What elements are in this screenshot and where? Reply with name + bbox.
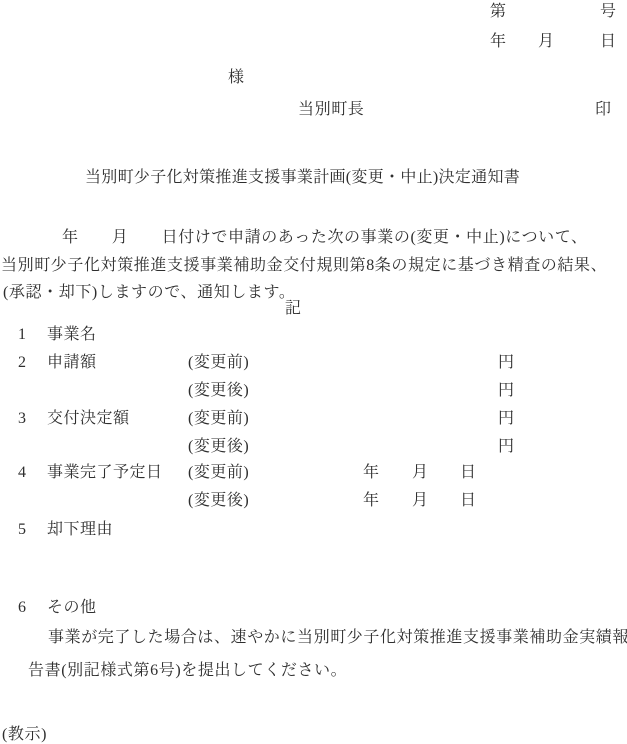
item-4-before-month-label: 月 (412, 463, 428, 482)
item-6-number: 6 (18, 598, 26, 617)
item-4-before-bracket: (変更前) (188, 463, 249, 482)
record-marker: 記 (285, 299, 302, 318)
body-line-1: 年 月 日付けで申請のあった次の事業の(変更・中止)について、 (62, 228, 588, 247)
doc-number-prefix: 第 (490, 2, 507, 21)
item-3-before-yen-unit: 円 (498, 409, 514, 428)
note-line-2: 告書(別記様式第6号)を提出してください。 (28, 661, 347, 680)
item-1-number: 1 (18, 325, 26, 344)
addressee-honorific: 様 (228, 68, 245, 87)
body-line-2: 当別町少子化対策推進支援事業補助金交付規則第8条の規定に基づき精査の結果、 (1, 256, 607, 275)
item-4-number: 4 (18, 463, 26, 482)
decision-notice-document: 第 号 年 月 日 様 当別町長 印 当別町少子化対策推進支援事業計画(変更・中… (0, 0, 627, 744)
document-title: 当別町少子化対策推進支援事業計画(変更・中止)決定通知書 (85, 168, 520, 187)
item-2-label: 申請額 (47, 353, 97, 372)
date-year-label: 年 (490, 32, 507, 51)
seal-label: 印 (595, 100, 612, 119)
sender-name: 当別町長 (298, 100, 364, 119)
item-4-after-year-label: 年 (363, 491, 379, 510)
appeal-notice-label: (教示) (2, 725, 47, 744)
item-3-number: 3 (18, 409, 26, 428)
item-5-label: 却下理由 (47, 520, 113, 539)
item-5-number: 5 (18, 520, 26, 539)
item-2-after-yen-unit: 円 (498, 381, 514, 400)
item-1-label: 事業名 (47, 325, 97, 344)
item-2-number: 2 (18, 353, 26, 372)
item-6-label: その他 (47, 598, 97, 617)
item-4-after-bracket: (変更後) (188, 491, 249, 510)
item-3-after-bracket: (変更後) (188, 437, 249, 456)
item-4-label: 事業完了予定日 (47, 463, 163, 482)
item-2-before-yen-unit: 円 (498, 353, 514, 372)
body-line-3: (承認・却下)しますので、通知します。 (3, 283, 295, 302)
date-month-label: 月 (538, 32, 555, 51)
doc-number-suffix: 号 (600, 2, 617, 21)
note-line-1: 事業が完了した場合は、速やかに当別町少子化対策推進支援事業補助金実績報 (48, 628, 627, 647)
item-4-before-day-label: 日 (460, 463, 476, 482)
item-2-after-bracket: (変更後) (188, 381, 249, 400)
item-2-before-bracket: (変更前) (188, 353, 249, 372)
date-day-label: 日 (600, 32, 617, 51)
item-4-after-month-label: 月 (412, 491, 428, 510)
item-3-label: 交付決定額 (47, 409, 130, 428)
item-3-after-yen-unit: 円 (498, 437, 514, 456)
item-4-after-day-label: 日 (460, 491, 476, 510)
item-4-before-year-label: 年 (363, 463, 379, 482)
item-3-before-bracket: (変更前) (188, 409, 249, 428)
